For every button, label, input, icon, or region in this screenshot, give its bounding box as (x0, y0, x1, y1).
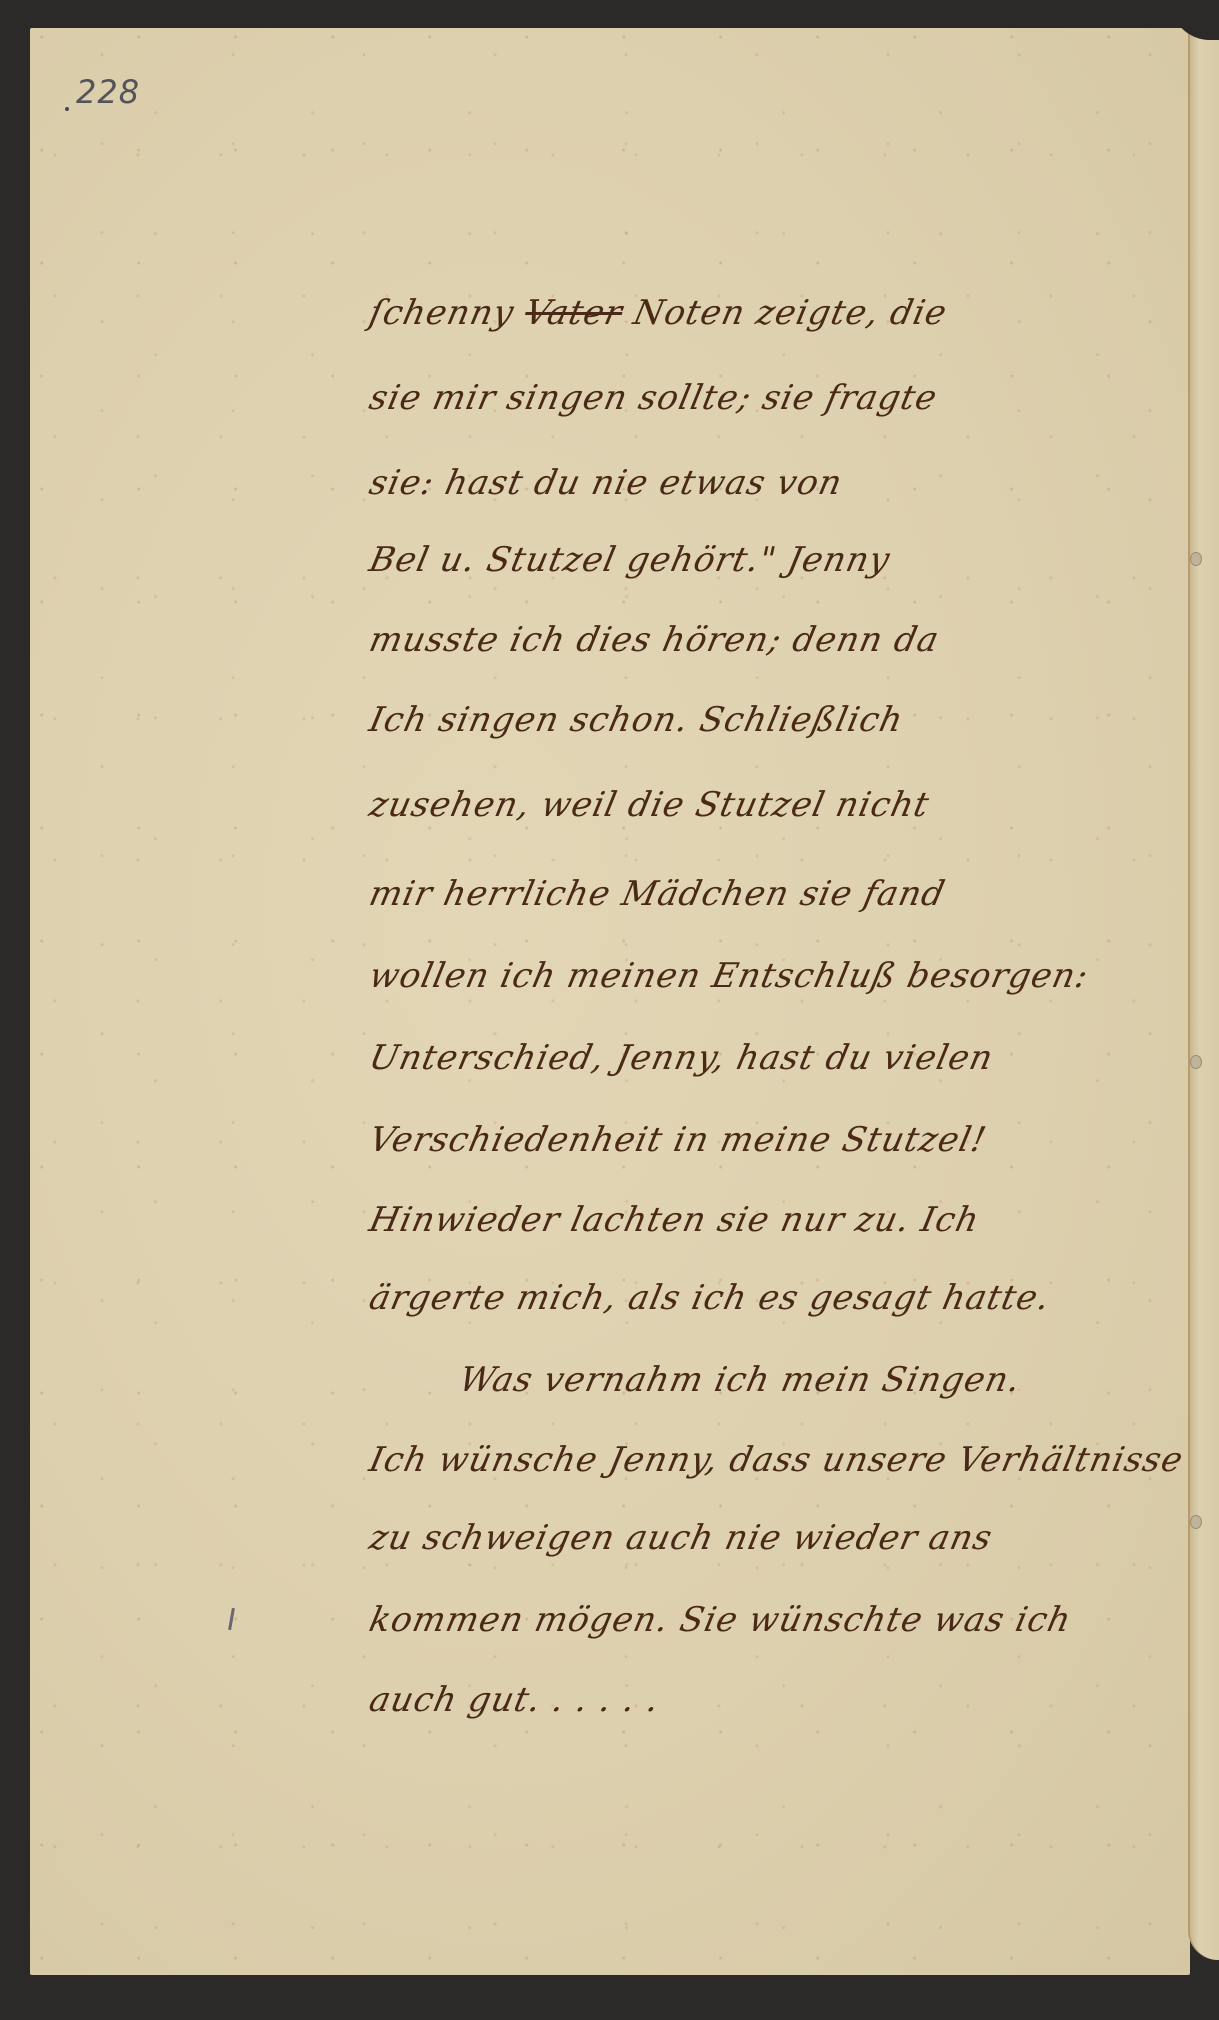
binding-pin-icon (1190, 552, 1202, 566)
manuscript-page: 228 ſchenny Vater Noten zeigte, die sie … (30, 28, 1190, 1975)
manuscript-line-7: zusehen, weil die Stutzel nicht (366, 785, 933, 825)
manuscript-line-2: sie mir singen sollte; sie fragte (366, 378, 941, 418)
binding-edge (1188, 0, 1219, 1960)
manuscript-line-6: Ich singen schon. Schließlich (366, 700, 907, 740)
margin-pencil-mark (228, 1608, 235, 1630)
manuscript-line-3: sie: hast du nie etwas von (366, 463, 846, 503)
manuscript-line-18: auch gut. . . . . . (366, 1680, 664, 1720)
manuscript-line-13: ärgerte mich, als ich es gesagt hatte. (366, 1278, 1054, 1318)
manuscript-line-16: zu schweigen auch nie wieder ans (366, 1518, 996, 1558)
folio-dot (65, 107, 69, 111)
manuscript-line-17: kommen mögen. Sie wünschte was ich (366, 1600, 1075, 1640)
manuscript-line-1: ſchenny Vater Noten zeigte, die (366, 293, 951, 333)
manuscript-line-15: Ich wünsche Jenny, dass unsere Verhältni… (366, 1440, 1187, 1480)
binding-pin-icon (1190, 1055, 1202, 1069)
folio-number: 228 (76, 73, 140, 111)
manuscript-line-11: Verschiedenheit in meine Stutzel! (366, 1120, 991, 1160)
manuscript-line-9: wollen ich meinen Entschluß besorgen: (366, 956, 1093, 996)
manuscript-line-4: Bel u. Stutzel gehört." Jenny (366, 540, 894, 580)
manuscript-line-8: mir herrliche Mädchen sie fand (366, 874, 949, 914)
manuscript-line-10: Unterschied, Jenny, hast du vielen (366, 1038, 997, 1078)
binding-pin-icon (1190, 1515, 1202, 1529)
struck-word: Vater (521, 293, 626, 333)
manuscript-line-12: Hinwieder lachten sie nur zu. Ich (366, 1200, 983, 1240)
manuscript-line-5: musste ich dies hören; denn da (366, 620, 943, 660)
manuscript-line-14: Was vernahm ich mein Singen. (456, 1360, 1025, 1400)
